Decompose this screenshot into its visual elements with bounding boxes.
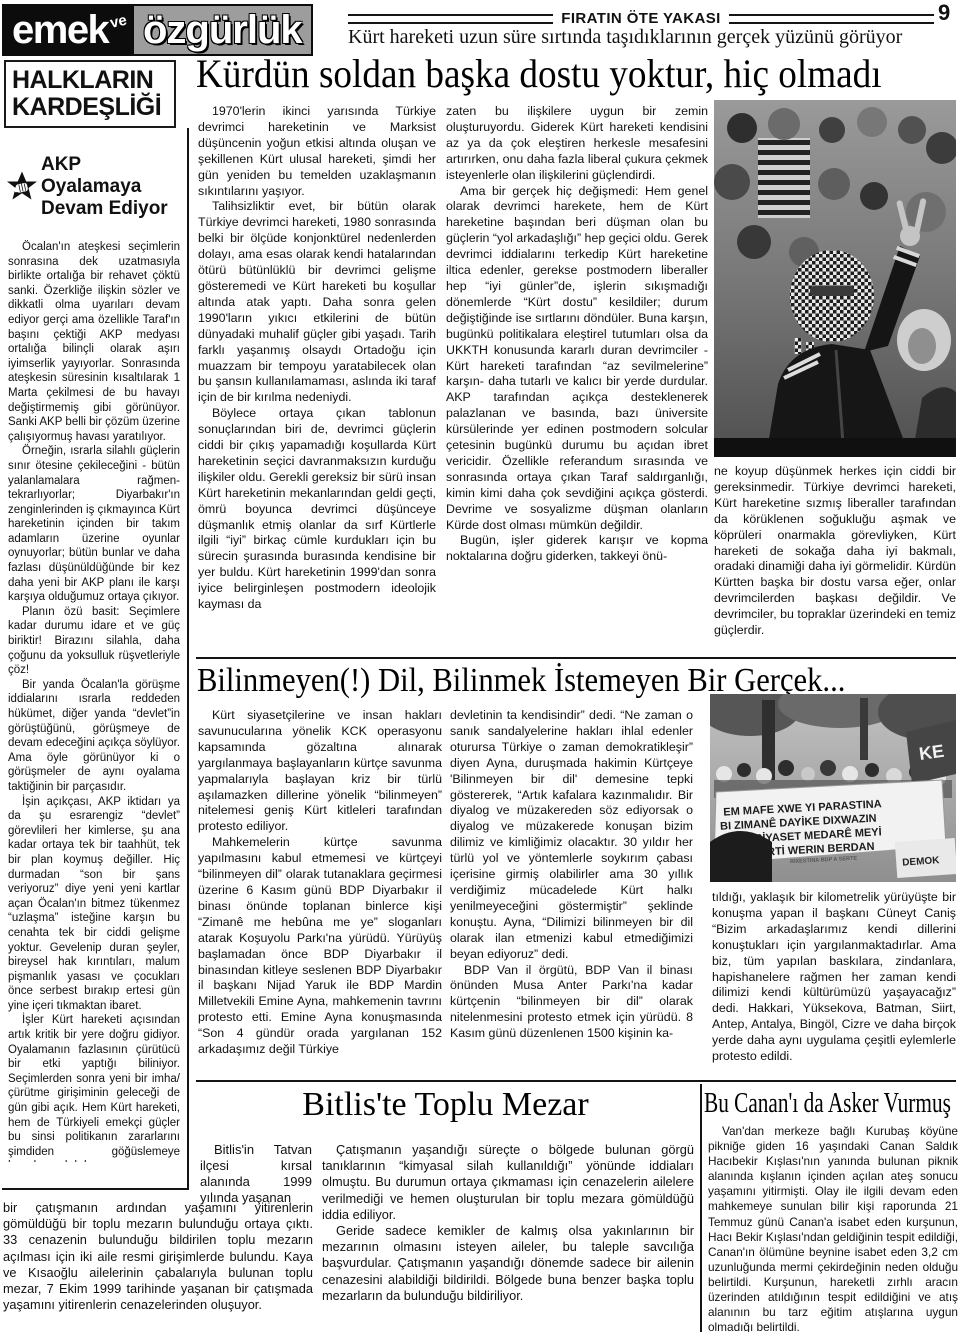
section-header-rule: FIRATIN ÖTE YAKASI — [348, 10, 934, 27]
photo-protest-banner: KE EM MAFE XWE YI PARASTINA BI ZIMANÊ DA… — [710, 694, 956, 882]
main-article-column-2: zaten bu ilişkilere uygun bir zemin oluş… — [446, 104, 708, 656]
sidebar-article-header: AKP Oyalamaya Devam Ediyor — [6, 154, 184, 220]
star-fist-icon — [6, 156, 38, 218]
double-rule-left — [348, 14, 553, 24]
sidebar-article-title: AKP Oyalamaya Devam Ediyor — [41, 154, 184, 220]
bitlis-column-2: Çatışmanın yaşandığı süreçte o bölgede b… — [322, 1142, 694, 1332]
main-article-column-1: 1970'lerin ikinci yarısında Türkiye devr… — [198, 104, 436, 656]
main-headline: Kürdün soldan başka dostu yoktur, hiç ol… — [196, 50, 882, 97]
side-banner-fragment: KE — [918, 741, 946, 764]
canan-headline: Bu Canan'ı da Asker Vurmuş — [704, 1088, 951, 1120]
page-number: 9 — [938, 0, 950, 26]
newspaper-page: emek ve özgürlük FIRATIN ÖTE YAKASI 9 Kü… — [0, 0, 960, 1334]
photo-crowd-victory-sign — [714, 100, 956, 457]
sidebar-article-body: Öcalan'ın ateşkesi seçimlerin sonrasına … — [8, 240, 180, 1162]
main-article-column-3: ne koyup düşünmek herkes için ciddi bir … — [714, 464, 956, 656]
section-divider — [196, 657, 956, 659]
sidebar-column-title: HALKLARIN KARDEŞLİĞİ — [4, 60, 176, 128]
canan-article-body: Van'dan merkeze bağlı Kurubaş köyüne pik… — [708, 1124, 958, 1332]
newspaper-logo: emek ve özgürlük — [2, 4, 313, 56]
logo-word-emek: emek — [12, 8, 108, 53]
logo-gray-block: özgürlük — [134, 6, 311, 54]
logo-word-ozgurluk: özgürlük — [143, 8, 302, 53]
logo-word-ve: ve — [109, 11, 129, 31]
kicker-subtitle: Kürt hareketi uzun süre sırtında taşıdık… — [348, 26, 902, 49]
language-article-column-1: Kürt siyasetçilerine ve insan hakları sa… — [198, 708, 442, 1080]
column-divider-vertical — [700, 1084, 702, 1332]
section-divider-bottom — [196, 1080, 956, 1082]
bitlis-continuation-block: bir çatışmanın ardından yaşamını yitiren… — [3, 1200, 313, 1332]
logo-black-block: emek ve — [4, 6, 134, 54]
section-label: FIRATIN ÖTE YAKASI — [561, 10, 720, 27]
language-article-column-3: tıldığı, yaklaşık bir kilometrelik yürüy… — [712, 890, 956, 1074]
double-rule-right — [729, 14, 934, 24]
language-article-column-2: devletinin ta kendisindir” dedi. “Ne zam… — [450, 708, 693, 1080]
bitlis-headline: Bitlis'te Toplu Mezar — [197, 1086, 694, 1124]
